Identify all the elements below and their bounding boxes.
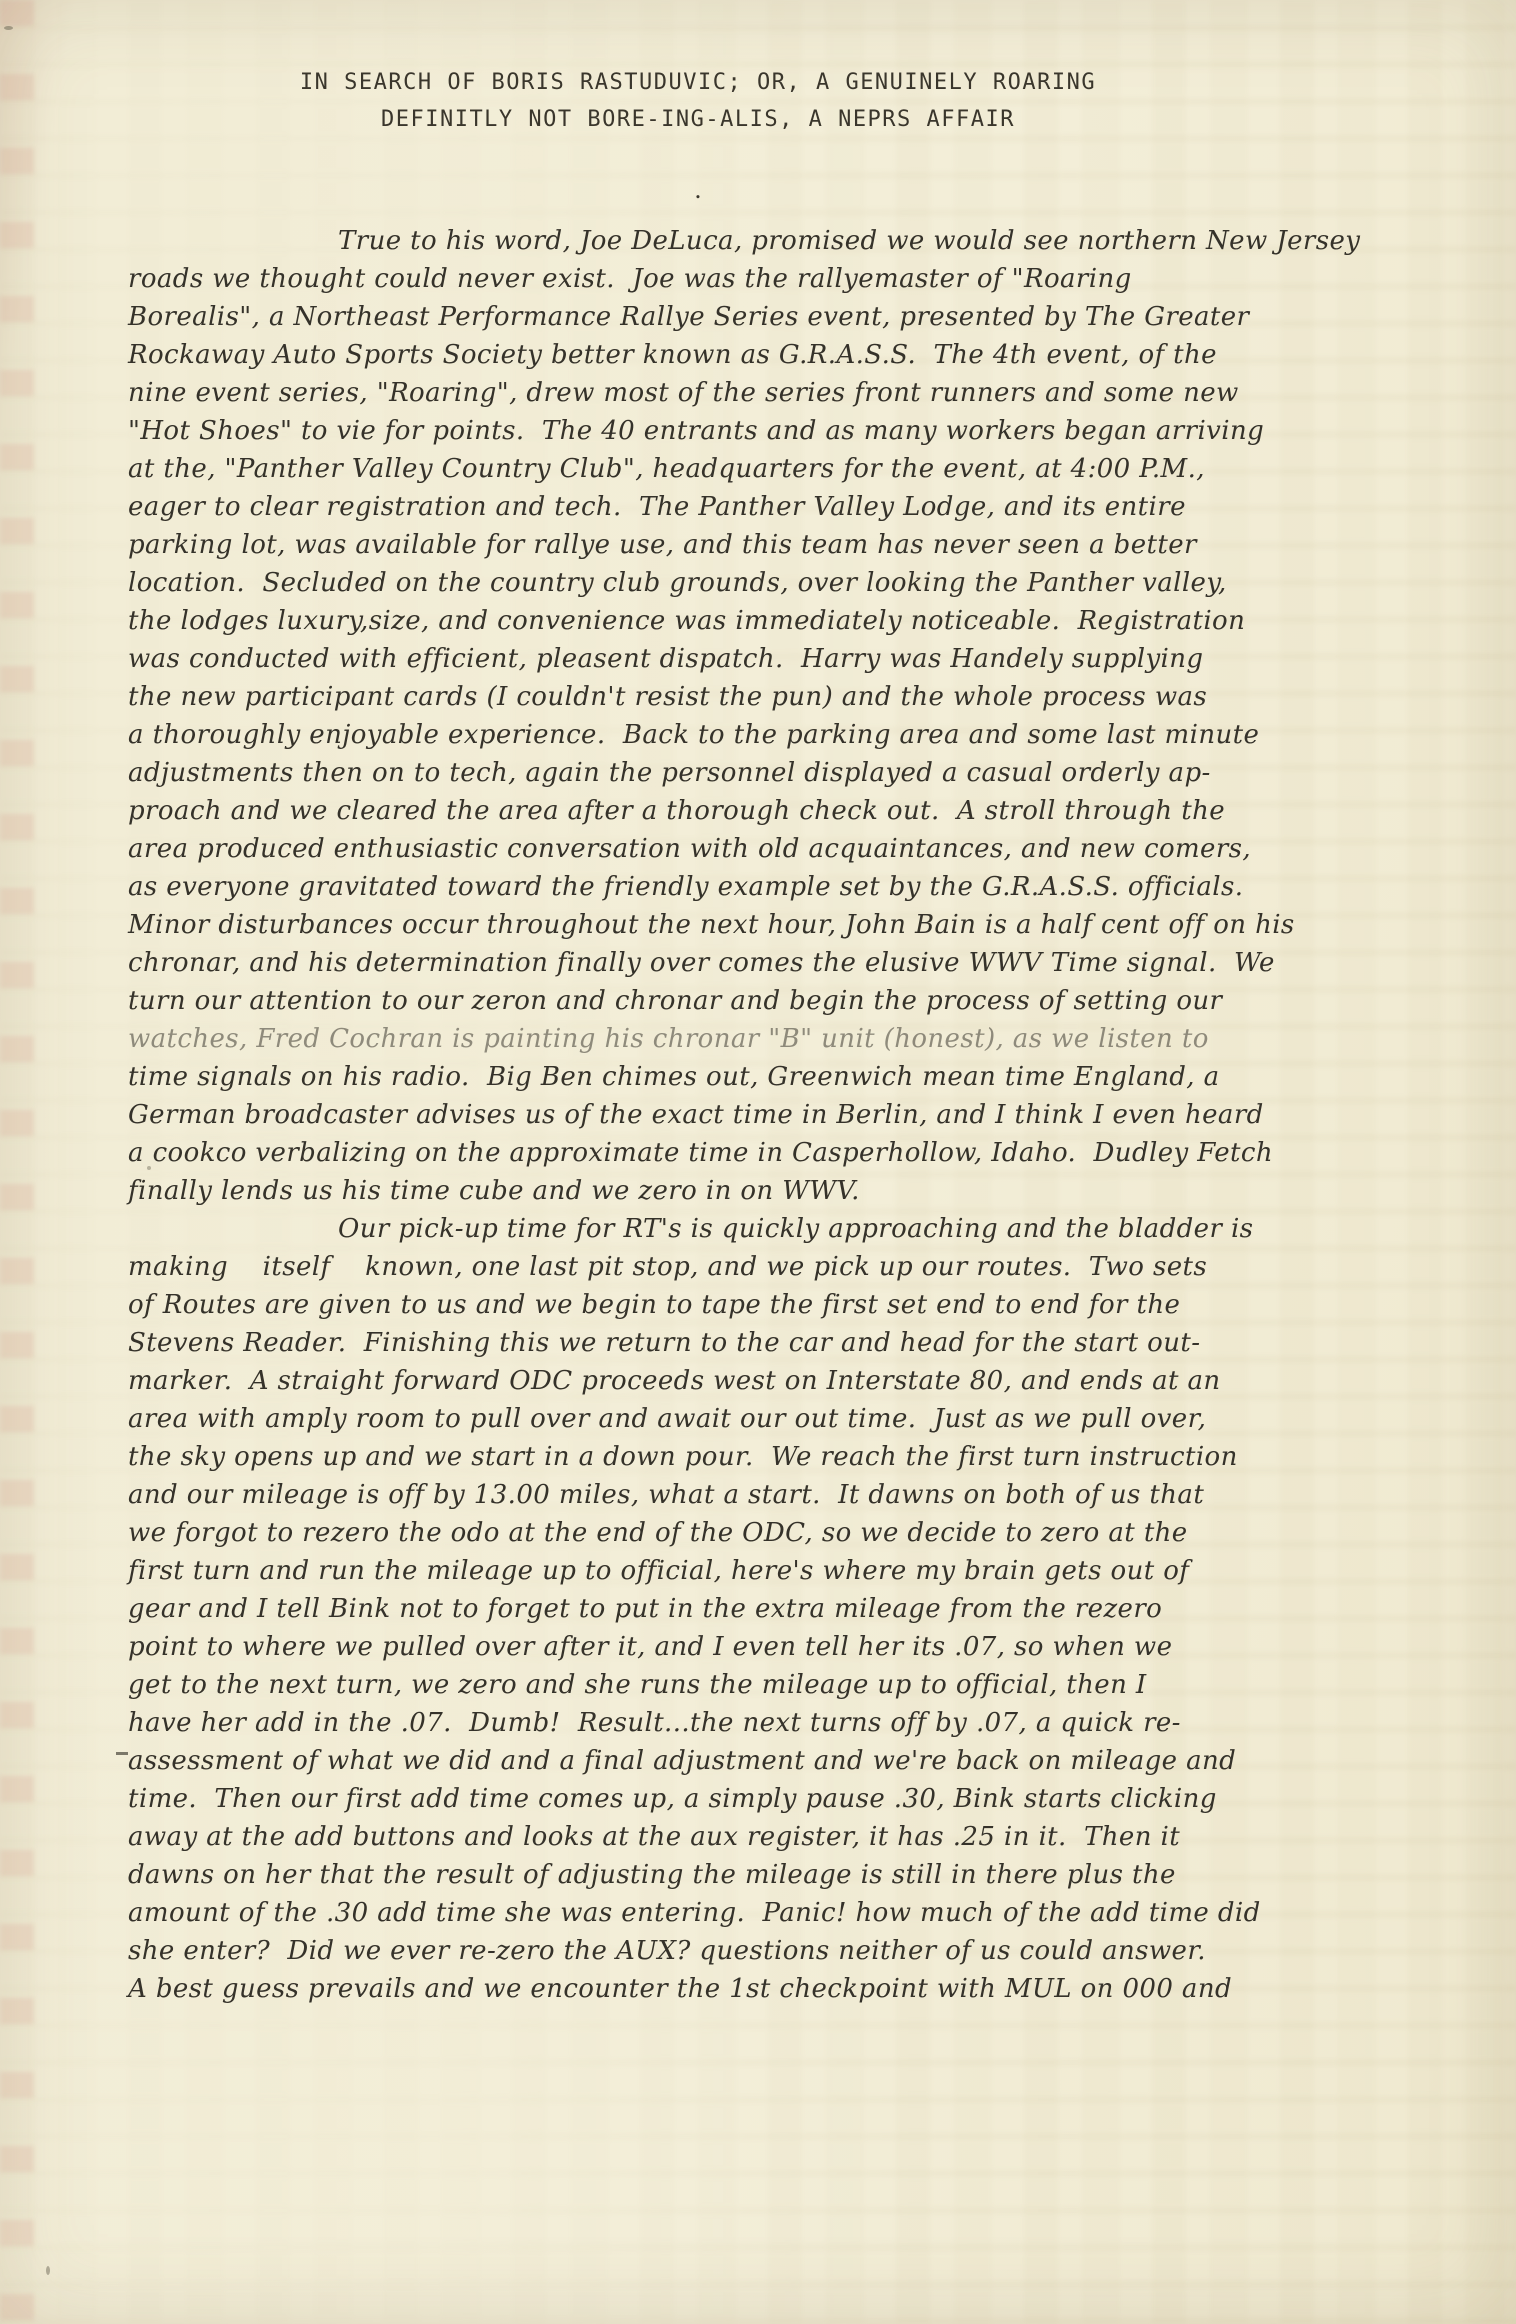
- text-line: the lodges luxury,size, and convenience …: [128, 602, 1268, 640]
- scan-edge-marks: [0, 0, 34, 2324]
- document-title-line2: DEFINITLY NOT BORE-ING-ALIS, A NEPRS AFF…: [128, 101, 1268, 138]
- document-title: IN SEARCH OF BORIS RASTUDUVIC; OR, A GEN…: [128, 64, 1268, 138]
- text-line: of Routes are given to us and we begin t…: [128, 1286, 1268, 1324]
- text-line: "Hot Shoes" to vie for points. The 40 en…: [128, 412, 1268, 450]
- text-line: the sky opens up and we start in a down …: [128, 1438, 1268, 1476]
- text-line: time signals on his radio. Big Ben chime…: [128, 1058, 1268, 1096]
- text-line: amount of the .30 add time she was enter…: [128, 1894, 1268, 1932]
- text-line: finally lends us his time cube and we ze…: [128, 1172, 1268, 1210]
- text-line: a cookco verbalizing on the approximate …: [128, 1134, 1268, 1172]
- text-line: German broadcaster advises us of the exa…: [128, 1096, 1268, 1134]
- text-line: area produced enthusiastic conversation …: [128, 830, 1268, 868]
- text-line: away at the add buttons and looks at the…: [128, 1818, 1268, 1856]
- text-line: roads we thought could never exist. Joe …: [128, 260, 1268, 298]
- text-line: Our pick-up time for RT's is quickly app…: [128, 1210, 1268, 1248]
- text-line: and our mileage is off by 13.00 miles, w…: [128, 1476, 1268, 1514]
- text-line: was conducted with efficient, pleasent d…: [128, 640, 1268, 678]
- text-line: assessment of what we did and a final ad…: [128, 1742, 1268, 1780]
- text-line: adjustments then on to tech, again the p…: [128, 754, 1268, 792]
- text-line: point to where we pulled over after it, …: [128, 1628, 1268, 1666]
- document-title-line1: IN SEARCH OF BORIS RASTUDUVIC; OR, A GEN…: [128, 64, 1268, 101]
- text-line: watches, Fred Cochran is painting his ch…: [128, 1020, 1268, 1058]
- text-line: Minor disturbances occur throughout the …: [128, 906, 1268, 944]
- document-page: IN SEARCH OF BORIS RASTUDUVIC; OR, A GEN…: [0, 0, 1516, 2324]
- text-line: proach and we cleared the area after a t…: [128, 792, 1268, 830]
- typed-content: IN SEARCH OF BORIS RASTUDUVIC; OR, A GEN…: [128, 64, 1268, 2008]
- text-line: Borealis", a Northeast Performance Rally…: [128, 298, 1268, 336]
- paper-speck: [4, 26, 13, 30]
- text-line: parking lot, was available for rallye us…: [128, 526, 1268, 564]
- text-line: we forgot to rezero the odo at the end o…: [128, 1514, 1268, 1552]
- document-body: True to his word, Joe DeLuca, promised w…: [128, 222, 1268, 2008]
- text-line: she enter? Did we ever re-zero the AUX? …: [128, 1932, 1268, 1970]
- text-line: have her add in the .07. Dumb! Result...…: [128, 1704, 1268, 1742]
- text-line: time. Then our first add time comes up, …: [128, 1780, 1268, 1818]
- typed-period-mark: .: [128, 180, 1268, 200]
- text-line: nine event series, "Roaring", drew most …: [128, 374, 1268, 412]
- text-line: a thoroughly enjoyable experience. Back …: [128, 716, 1268, 754]
- text-line: marker. A straight forward ODC proceeds …: [128, 1362, 1268, 1400]
- text-line: at the, "Panther Valley Country Club", h…: [128, 450, 1268, 488]
- text-line: as everyone gravitated toward the friend…: [128, 868, 1268, 906]
- text-line: eager to clear registration and tech. Th…: [128, 488, 1268, 526]
- text-line: the new participant cards (I couldn't re…: [128, 678, 1268, 716]
- text-line: Stevens Reader. Finishing this we return…: [128, 1324, 1268, 1362]
- paper-speck: [46, 2266, 50, 2275]
- text-line: making itself known, one last pit stop, …: [128, 1248, 1268, 1286]
- stray-dash-mark: [116, 1752, 128, 1755]
- text-line: get to the next turn, we zero and she ru…: [128, 1666, 1268, 1704]
- text-line: gear and I tell Bink not to forget to pu…: [128, 1590, 1268, 1628]
- text-line: area with amply room to pull over and aw…: [128, 1400, 1268, 1438]
- text-line: Rockaway Auto Sports Society better know…: [128, 336, 1268, 374]
- text-line: location. Secluded on the country club g…: [128, 564, 1268, 602]
- text-line: dawns on her that the result of adjustin…: [128, 1856, 1268, 1894]
- text-line: chronar, and his determination finally o…: [128, 944, 1268, 982]
- text-line: True to his word, Joe DeLuca, promised w…: [128, 222, 1268, 260]
- text-line: turn our attention to our zeron and chro…: [128, 982, 1268, 1020]
- text-line: A best guess prevails and we encounter t…: [128, 1970, 1268, 2008]
- text-line: first turn and run the mileage up to off…: [128, 1552, 1268, 1590]
